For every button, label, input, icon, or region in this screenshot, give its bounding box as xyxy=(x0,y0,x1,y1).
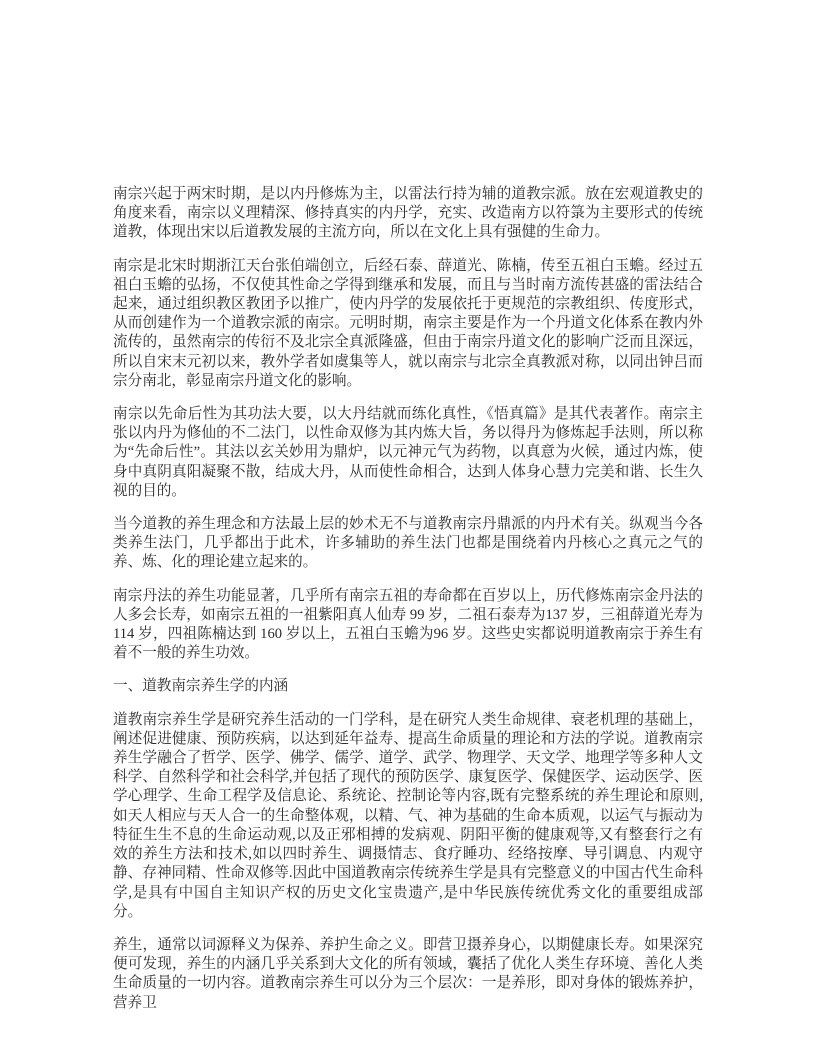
paragraph-neidan-relation: 当今道教的养生理念和方法最上层的妙术无不与道教南宗丹鼎派的内丹术有关。纵观当今各… xyxy=(113,515,703,573)
page-content: 南宗兴起于两宋时期，是以内丹修炼为主，以雷法行持为辅的道教宗派。放在宏观道教史的… xyxy=(113,185,703,1013)
section-heading-connotation: 一、道教南宗养生学的内涵 xyxy=(113,677,703,696)
paragraph-nanzong-origin: 南宗兴起于两宋时期，是以内丹修炼为主，以雷法行持为辅的道教宗派。放在宏观道教史的… xyxy=(113,185,703,243)
paragraph-nanzong-method: 南宗以先命后性为其功法大要，以大丹结就而练化真性，《悟真篇》是其代表著作。南宗主… xyxy=(113,405,703,501)
paragraph-longevity-records: 南宗丹法的养生功能显著，几乎所有南宗五祖的寿命都在百岁以上，历代修炼南宗金丹法的… xyxy=(113,587,703,664)
paragraph-yangsheng-discipline: 道教南宗养生学是研究养生活动的一门学科，是在研究人类生命规律、衰老机理的基础上，… xyxy=(113,711,703,922)
paragraph-nanzong-history: 南宗是北宋时期浙江天台张伯端创立，后经石泰、薛道光、陈楠，传至五祖白玉蟾。经过五… xyxy=(113,257,703,391)
document-page: 南宗兴起于两宋时期，是以内丹修炼为主，以雷法行持为辅的道教宗派。放在宏观道教史的… xyxy=(0,0,816,1056)
paragraph-yangsheng-definition: 养生，通常以词源释义为保养、养护生命之义。即营卫摄养身心，以期健康长寿。如果深究… xyxy=(113,936,703,1013)
